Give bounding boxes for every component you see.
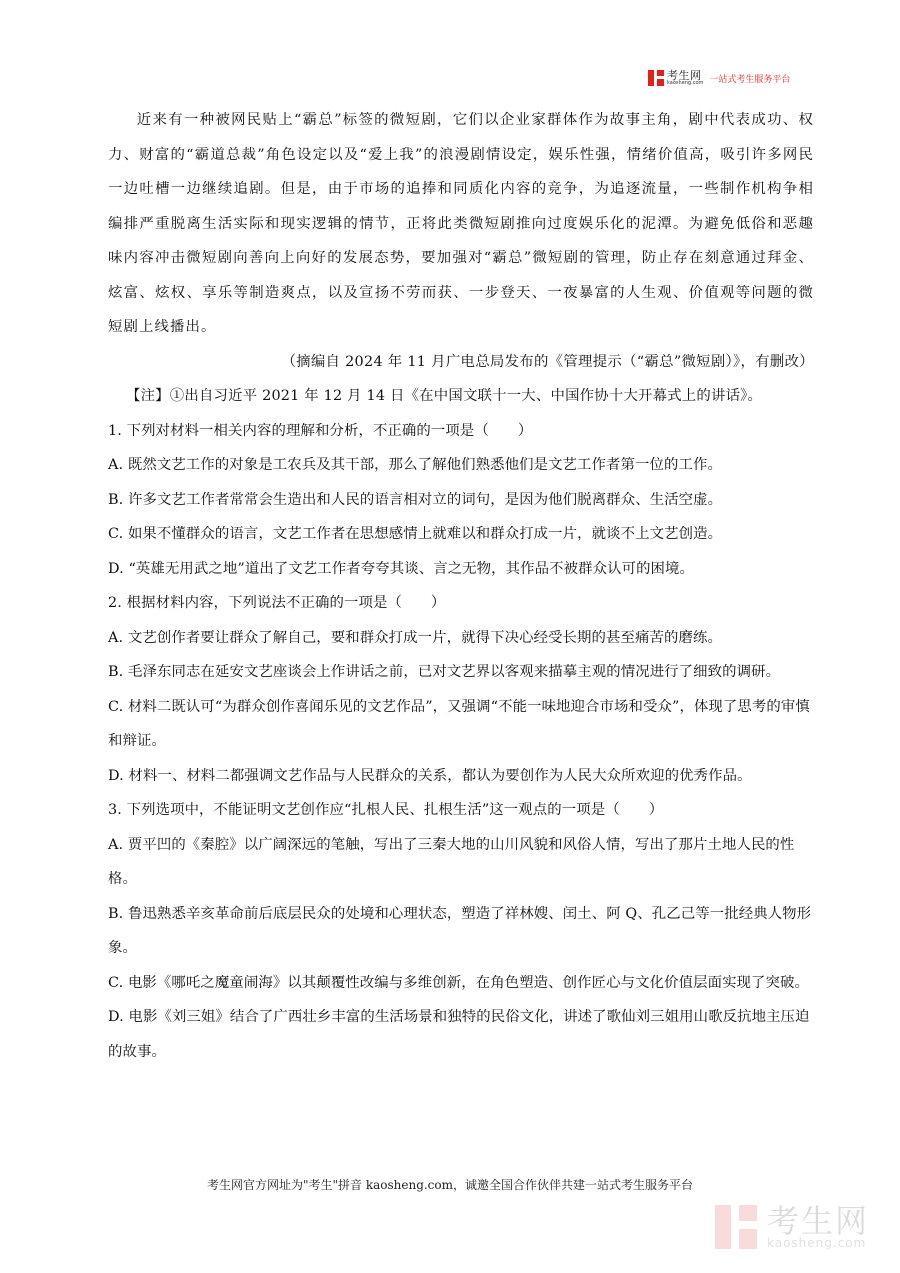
question-1: 1. 下列对材料一相关内容的理解和分析，不正确的一项是（ ） A. 既然文艺工作…	[108, 414, 814, 587]
option-d: D. 电影《刘三姐》结合了广西壮乡丰富的生活场景和独特的民俗文化，讲述了歌仙刘三…	[108, 1000, 814, 1069]
question-stem: 3. 下列选项中，不能证明文艺创作应“扎根人民、扎根生活”这一观点的一项是（ ）	[108, 793, 814, 828]
document-body: 近来有一种被网民贴上“霸总”标签的微短剧，它们以企业家群体作为故事主角，剧中代表…	[108, 103, 814, 1069]
passage-source: （摘编自 2024 年 11 月广电总局发布的《管理提示（“霸总”微短剧）》，有…	[108, 345, 814, 380]
passage-note: 【注】①出自习近平 2021 年 12 月 14 日《在中国文联十一大、中国作协…	[108, 379, 814, 414]
page-footer: 考生网官方网址为"考生"拼音 kaosheng.com，诚邀全国合作伙伴共建一站…	[0, 1176, 900, 1193]
watermark-name: 考生网	[767, 1205, 869, 1237]
option-a: A. 既然文艺工作的对象是工农兵及其干部，那么了解他们熟悉他们是文艺工作者第一位…	[108, 448, 814, 483]
question-2: 2. 根据材料内容，下列说法不正确的一项是（ ） A. 文艺创作者要让群众了解自…	[108, 586, 814, 793]
option-b: B. 许多文艺工作者常常会生造出和人民的语言相对立的词句，是因为他们脱离群众、生…	[108, 483, 814, 518]
option-c: C. 电影《哪吒之魔童闹海》以其颠覆性改编与多维创新，在角色塑造、创作匠心与文化…	[108, 966, 814, 1001]
kaosheng-logo-icon	[648, 70, 664, 86]
option-d: D. “英雄无用武之地”道出了文艺工作者夸夸其谈、言之无物，其作品不被群众认可的…	[108, 552, 814, 587]
option-a: A. 文艺创作者要让群众了解自己，要和群众打成一片，就得下决心经受长期的甚至痛苦…	[108, 621, 814, 656]
passage-paragraph: 近来有一种被网民贴上“霸总”标签的微短剧，它们以企业家群体作为故事主角，剧中代表…	[108, 103, 814, 345]
option-d: D. 材料一、材料二都强调文艺作品与人民群众的关系，都认为要创作为人民大众所欢迎…	[108, 759, 814, 794]
option-c: C. 材料二既认可“为群众创作喜闻乐见的文艺作品”，又强调“不能一味地迎合市场和…	[108, 690, 814, 759]
option-b: B. 鲁迅熟悉辛亥革命前后底层民众的处境和心理状态，塑造了祥林嫂、闰土、阿 Q、…	[108, 897, 814, 966]
header-logo: 考生网 kaosheng.com 一站式考生服务平台	[648, 70, 790, 86]
option-c: C. 如果不懂群众的语言，文艺工作者在思想感情上就难以和群众打成一片，就谈不上文…	[108, 517, 814, 552]
question-3: 3. 下列选项中，不能证明文艺创作应“扎根人民、扎根生活”这一观点的一项是（ ）…	[108, 793, 814, 1069]
watermark-logo: 考生网 kaosheng.com	[715, 1205, 869, 1249]
kaosheng-watermark-icon	[715, 1205, 757, 1249]
logo-slogan: 一站式考生服务平台	[709, 72, 790, 85]
watermark-domain: kaosheng.com	[767, 1237, 869, 1249]
option-a: A. 贾平凹的《秦腔》以广阔深远的笔触，写出了三秦大地的山川风貌和风俗人情，写出…	[108, 828, 814, 897]
option-b: B. 毛泽东同志在延安文艺座谈会上作讲话之前，已对文艺界以客观来描摹主观的情况进…	[108, 655, 814, 690]
question-stem: 1. 下列对材料一相关内容的理解和分析，不正确的一项是（ ）	[108, 414, 814, 449]
logo-domain: kaosheng.com	[667, 81, 703, 86]
question-stem: 2. 根据材料内容，下列说法不正确的一项是（ ）	[108, 586, 814, 621]
